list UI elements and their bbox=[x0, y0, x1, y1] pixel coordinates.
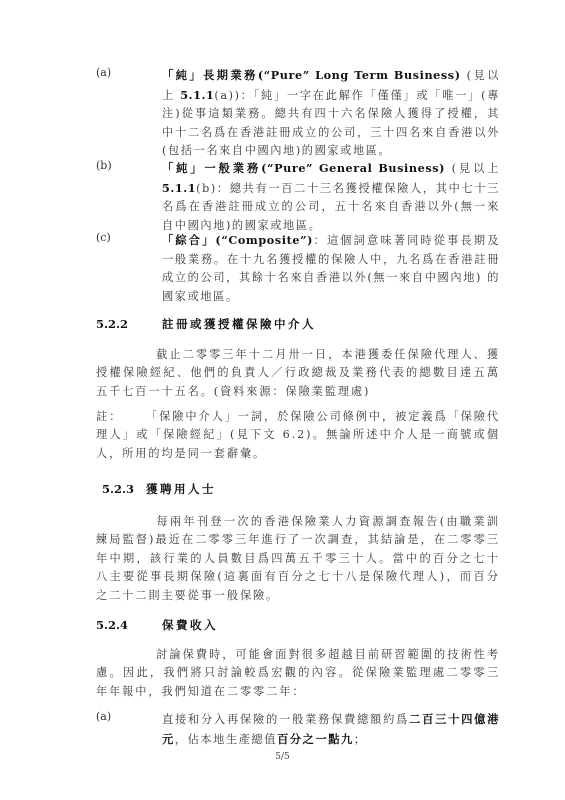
item-ref-suffix: ： bbox=[313, 234, 327, 247]
item-ref-prefix: (見以上 bbox=[445, 162, 500, 175]
note-text: 「保險中介人」一詞，於保險公司條例中，被定義爲「保險代理人」或「保險經紀」(見下… bbox=[96, 410, 500, 460]
note-label: 註： bbox=[96, 408, 146, 426]
item-ref-suffix: (b)： bbox=[196, 182, 230, 195]
item-text: 直接和分入再保險的一般業務保費總額約爲 bbox=[162, 713, 409, 726]
item-body: 「純」一般業務(“Pure” General Business) (見以上 5.… bbox=[162, 159, 500, 235]
list-item-general-premium: (a) 直接和分入再保險的一般業務保費總額約爲二百三十四億港元，佔本地生產總值百… bbox=[96, 710, 506, 749]
item-title-cn: 「綜合」 bbox=[162, 233, 215, 247]
item-title-en: (“Pure” General Business) bbox=[261, 161, 445, 175]
paragraph-employed-persons: 每兩年刊登一次的香港保險業人力資源調查報告(由職業訓練局監督)最近在二零零三年進… bbox=[96, 513, 500, 605]
item-text: ； bbox=[354, 733, 367, 746]
item-ref-number: 5.1.1 bbox=[162, 181, 196, 195]
section-heading-5-2-2: 5.2.2註冊或獲授權保險中介人 bbox=[96, 316, 316, 332]
section-number: 5.2.2 bbox=[96, 317, 162, 331]
paragraph-text: 截止二零零三年十二月卅一日，本港獲委任保險代理人、獲授權保險經紀、他們的負責人／… bbox=[96, 348, 500, 398]
item-ref-number: 5.1.1 bbox=[180, 88, 214, 102]
section-title: 註冊或獲授權保險中介人 bbox=[162, 317, 316, 331]
section-number: 5.2.4 bbox=[96, 618, 162, 632]
section-heading-5-2-3: 5.2.3獲聘用人士 bbox=[96, 481, 216, 497]
item-label: (a) bbox=[96, 66, 111, 79]
item-body: 直接和分入再保險的一般業務保費總額約爲二百三十四億港元，佔本地生產總值百分之一點… bbox=[162, 710, 500, 749]
document-page: (a) 「純」長期業務(“Pure” Long Term Business) (… bbox=[0, 0, 565, 800]
paragraph-premium-income: 討論保費時，可能會面對很多超越目前研習範圍的技術性考慮。因此，我們將只討論較爲宏… bbox=[96, 646, 500, 701]
section-heading-5-2-4: 5.2.4保費收入 bbox=[96, 617, 218, 633]
note-intermediary-definition: 註：「保險中介人」一詞，於保險公司條例中，被定義爲「保險代理人」或「保險經紀」(… bbox=[96, 408, 500, 463]
item-title-en: (“Composite”) bbox=[215, 233, 313, 247]
item-label: (a) bbox=[96, 710, 111, 723]
paragraph-text: 討論保費時，可能會面對很多超越目前研習範圍的技術性考慮。因此，我們將只討論較爲宏… bbox=[96, 648, 500, 698]
section-title: 獲聘用人士 bbox=[146, 482, 216, 496]
item-title-en: (“Pure” Long Term Business) bbox=[258, 68, 461, 82]
paragraph-intermediaries-count: 截止二零零三年十二月卅一日，本港獲委任保險代理人、獲授權保險經紀、他們的負責人／… bbox=[96, 346, 500, 401]
item-label: (c) bbox=[96, 231, 111, 244]
item-body: 「純」長期業務(“Pure” Long Term Business) (見以上 … bbox=[162, 66, 500, 161]
item-text: ，佔本地生產總值 bbox=[175, 733, 277, 746]
section-number: 5.2.3 bbox=[96, 482, 146, 496]
page-number: 5/5 bbox=[0, 752, 565, 762]
section-title: 保費收入 bbox=[162, 618, 218, 632]
item-title-cn: 「純」一般業務 bbox=[162, 161, 261, 175]
gdp-percentage: 百分之一點九 bbox=[277, 732, 354, 746]
paragraph-text: 每兩年刊登一次的香港保險業人力資源調查報告(由職業訓練局監督)最近在二零零三年進… bbox=[96, 515, 500, 602]
item-ref-suffix: (a))： bbox=[214, 89, 253, 102]
list-item-pure-long-term: (a) 「純」長期業務(“Pure” Long Term Business) (… bbox=[96, 66, 506, 161]
item-title-cn: 「純」長期業務 bbox=[162, 68, 258, 82]
list-item-composite: (c) 「綜合」(“Composite”)：這個詞意味著同時從事長期及一般業務。… bbox=[96, 231, 506, 306]
item-label: (b) bbox=[96, 159, 112, 172]
list-item-pure-general: (b) 「純」一般業務(“Pure” General Business) (見以… bbox=[96, 159, 506, 235]
item-body: 「綜合」(“Composite”)：這個詞意味著同時從事長期及一般業務。在十九名… bbox=[162, 231, 500, 306]
